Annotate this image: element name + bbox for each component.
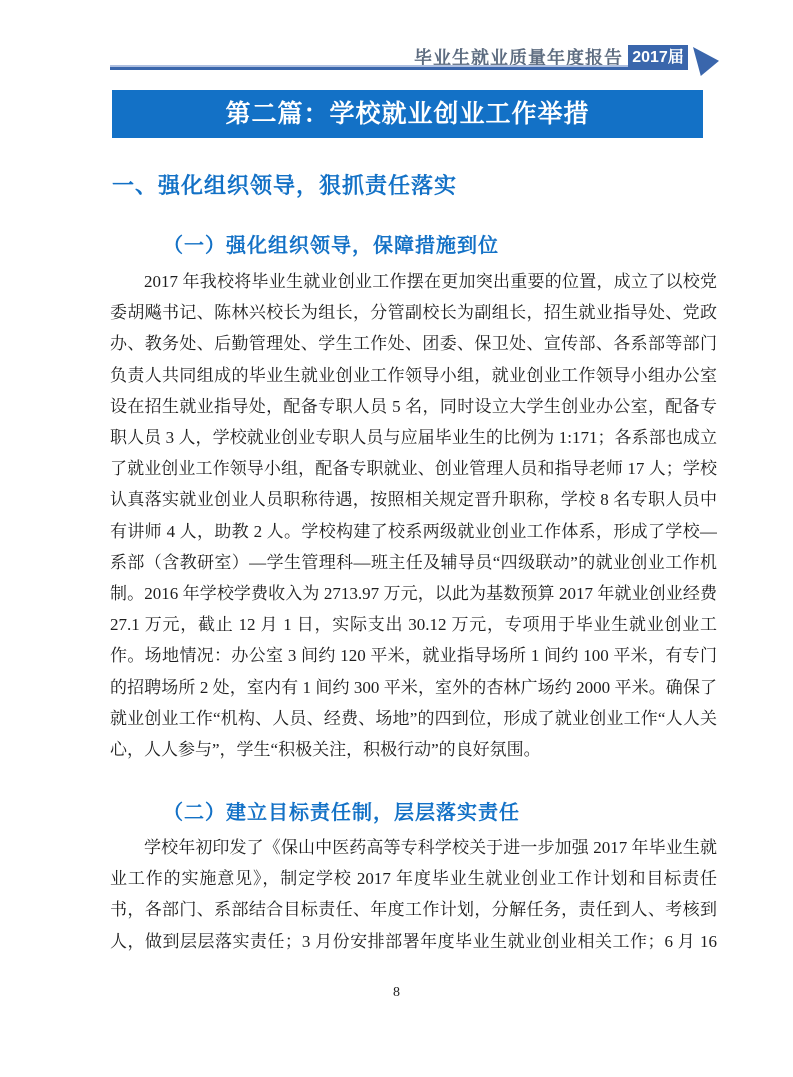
subsection-heading-1: （一）强化组织领导，保障措施到位 <box>163 229 499 258</box>
body-paragraph-2: 学校年初印发了《保山中医药高等专科学校关于进一步加强 2017 年毕业生就业工作… <box>110 832 717 960</box>
page-number: 8 <box>0 985 793 1001</box>
subsection-heading-2: （二）建立目标责任制，层层落实责任 <box>163 796 520 825</box>
body-paragraph-1: 2017 年我校将毕业生就业创业工作摆在更加突出重要的位置，成立了以校党委胡飚书… <box>110 266 717 771</box>
triangle-flag-icon <box>693 47 719 76</box>
section-heading-1: 一、强化组织领导，狠抓责任落实 <box>112 169 457 200</box>
document-page: 毕业生就业质量年度报告 2017届 第二篇：学校就业创业工作举措 一、强化组织领… <box>0 0 793 1077</box>
header-rule-divider <box>110 65 688 70</box>
header-year-badge: 2017届 <box>628 45 688 70</box>
chapter-banner-title: 第二篇：学校就业创业工作举措 <box>112 90 703 138</box>
